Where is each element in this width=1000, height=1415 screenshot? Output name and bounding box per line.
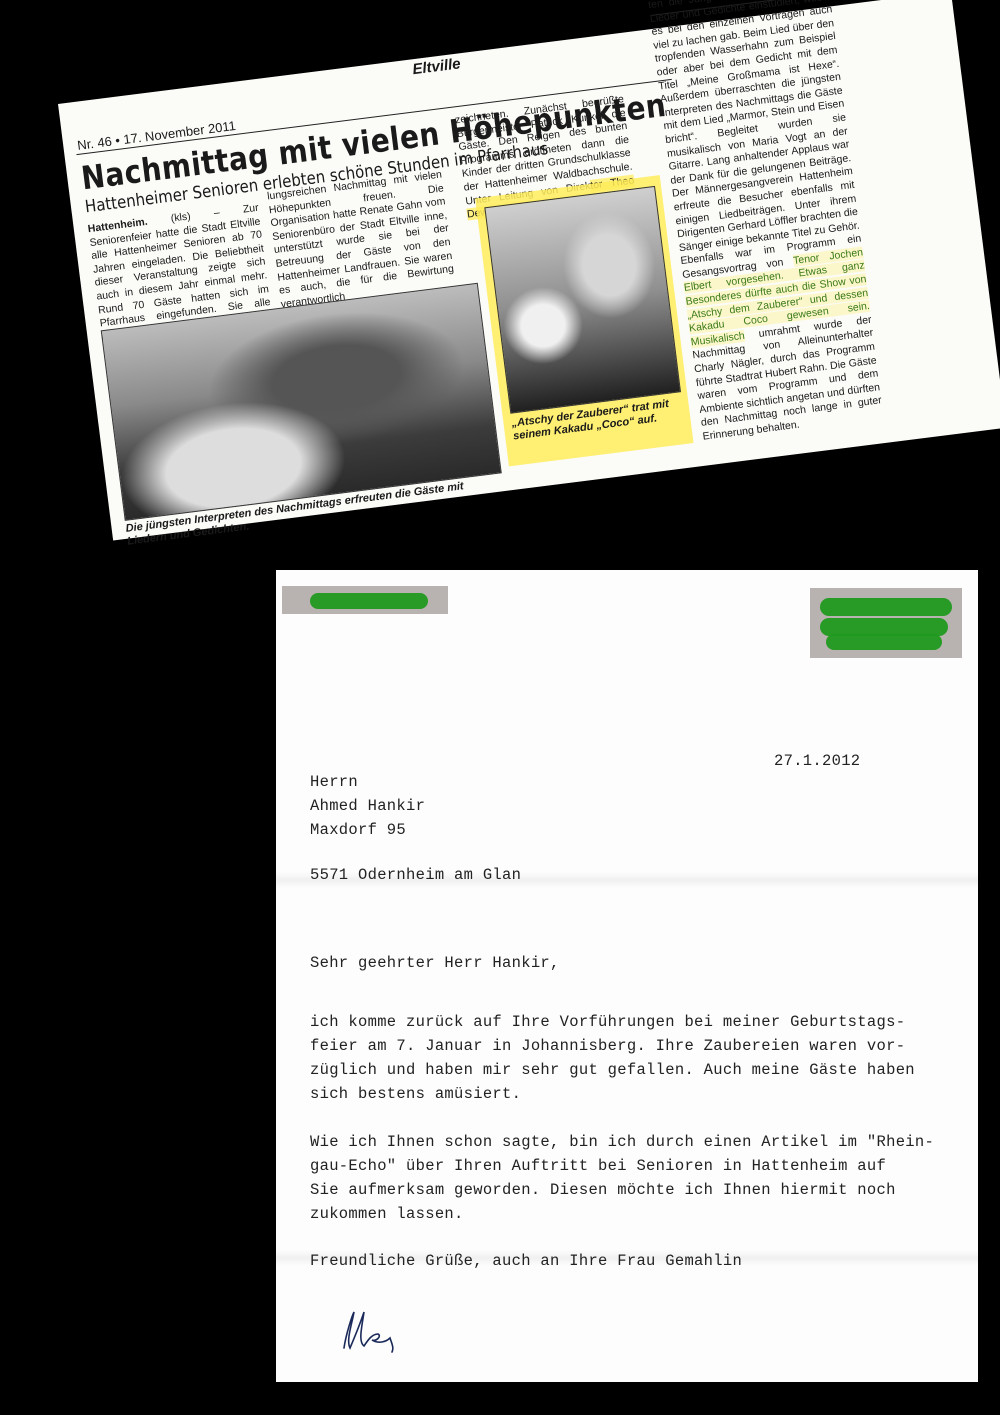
section-title: Eltville <box>411 55 461 78</box>
photo-magician-cockatoo <box>484 186 681 414</box>
redacted-sender <box>282 586 448 614</box>
recipient-address: Herrn Ahmed Hankir Maxdorf 95 <box>310 770 425 842</box>
recipient-city: 5571 Odernheim am Glan <box>310 866 521 884</box>
letter-paragraph-1: ich komme zurück auf Ihre Vorführungen b… <box>310 1010 915 1106</box>
redacted-letterhead <box>810 588 962 658</box>
newspaper-clipping: Seite 55 ten die Jungen und Mädchen eini… <box>58 0 1000 541</box>
letter-paragraph-2: Wie ich Ihnen schon sagte, bin ich durch… <box>310 1130 934 1226</box>
signature-icon <box>332 1304 422 1354</box>
letter: 27.1.2012 Herrn Ahmed Hankir Maxdorf 95 … <box>276 570 978 1382</box>
salutation: Sehr geehrter Herr Hankir, <box>310 954 560 972</box>
closing: Freundliche Grüße, auch an Ihre Frau Gem… <box>310 1252 742 1270</box>
letter-date: 27.1.2012 <box>774 752 860 770</box>
